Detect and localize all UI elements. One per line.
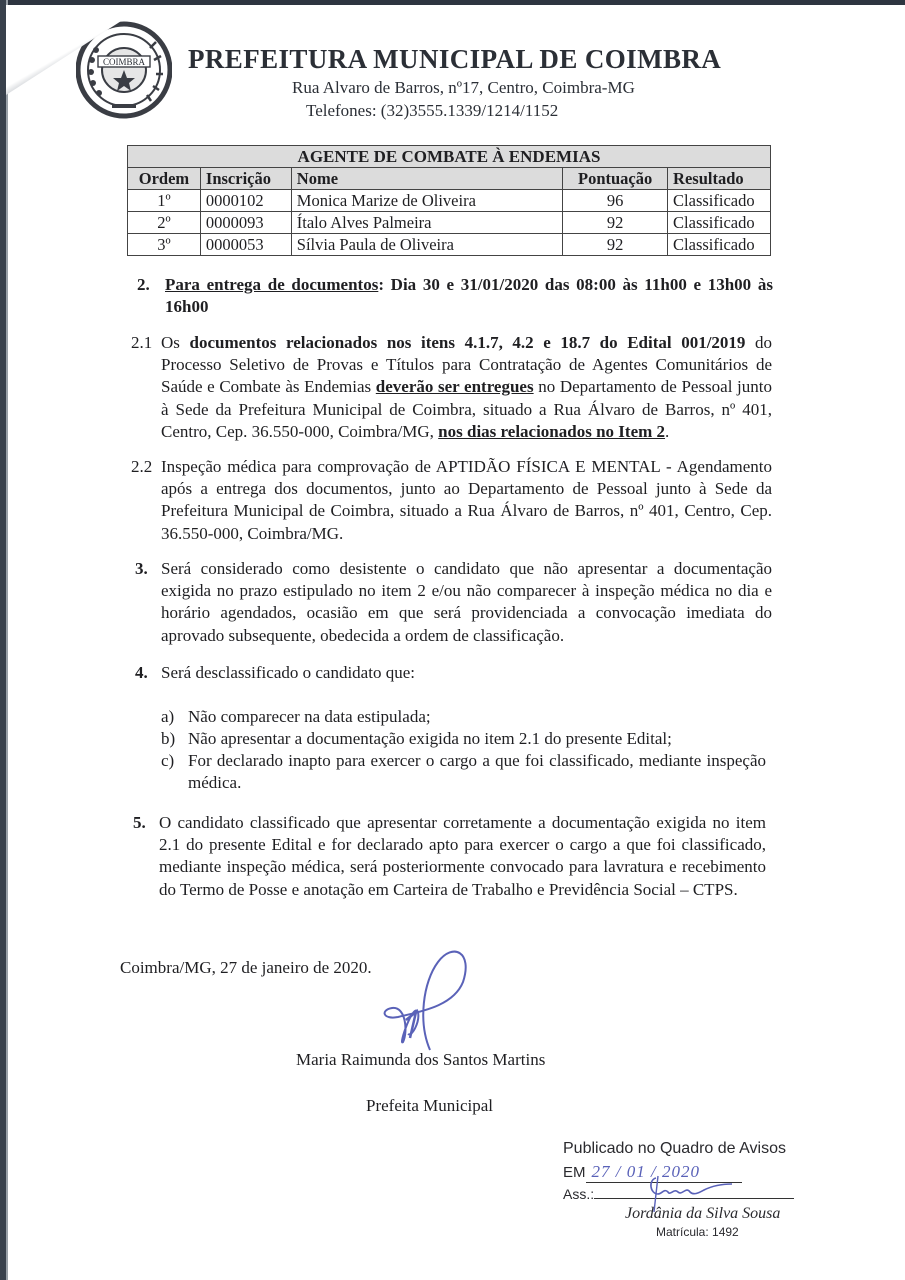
text-run-bold-underline: deverão ser entregues xyxy=(376,377,534,396)
table-row: 1º 0000102 Monica Marize de Oliveira 96 … xyxy=(128,190,771,212)
header-phones: Telefones: (32)3555.1339/1214/1152 xyxy=(306,101,558,121)
cell-inscricao: 0000053 xyxy=(200,234,291,256)
column-header-pontuacao: Pontuação xyxy=(563,168,668,190)
signer-name: Maria Raimunda dos Santos Martins xyxy=(296,1050,545,1070)
table-caption: AGENTE DE COMBATE À ENDEMIAS xyxy=(128,146,771,168)
scan-left-edge-shadow xyxy=(6,0,8,1280)
column-header-nome: Nome xyxy=(291,168,562,190)
section-2-label: Para entrega de documentos xyxy=(165,275,378,294)
place-and-date: Coimbra/MG, 27 de janeiro de 2020. xyxy=(120,958,372,978)
stamp-clerk-name: Jordânia da Silva Sousa xyxy=(625,1205,780,1223)
section-number: 2.1 xyxy=(131,332,152,354)
cell-resultado: Classificado xyxy=(668,190,771,212)
cell-pontuacao: 96 xyxy=(563,190,668,212)
column-header-ordem: Ordem xyxy=(128,168,201,190)
page-title: PREFEITURA MUNICIPAL DE COIMBRA xyxy=(188,44,721,75)
cell-nome: Ítalo Alves Palmeira xyxy=(291,212,562,234)
header-address: Rua Alvaro de Barros, nº17, Centro, Coim… xyxy=(292,78,635,98)
section-3-text: Será considerado como desistente o candi… xyxy=(161,558,772,647)
cell-ordem: 3º xyxy=(128,234,201,256)
column-header-inscricao: Inscrição xyxy=(200,168,291,190)
stamp-em-label: EM xyxy=(563,1164,586,1181)
results-table: AGENTE DE COMBATE À ENDEMIAS Ordem Inscr… xyxy=(127,145,771,256)
section-number: 5. xyxy=(133,812,146,834)
section-number: 3. xyxy=(135,558,148,580)
section-2-1-text: Os documentos relacionados nos itens 4.1… xyxy=(161,332,772,443)
section-4-text: Será desclassificado o candidato que: xyxy=(161,662,772,684)
cell-inscricao: 0000102 xyxy=(200,190,291,212)
cell-inscricao: 0000093 xyxy=(200,212,291,234)
table-row: 2º 0000093 Ítalo Alves Palmeira 92 Class… xyxy=(128,212,771,234)
cell-resultado: Classificado xyxy=(668,212,771,234)
text-run: . xyxy=(665,422,669,441)
list-item: Não apresentar a documentação exigida no… xyxy=(188,728,772,750)
table-row: 3º 0000053 Sílvia Paula de Oliveira 92 C… xyxy=(128,234,771,256)
cell-resultado: Classificado xyxy=(668,234,771,256)
stamp-title: Publicado no Quadro de Avisos xyxy=(563,1140,786,1158)
section-number: 2.2 xyxy=(131,456,152,478)
list-item: For declarado inapto para exercer o carg… xyxy=(188,750,766,794)
list-item-letter: a) xyxy=(161,706,174,728)
list-item: Não comparecer na data estipulada; xyxy=(188,706,772,728)
column-header-resultado: Resultado xyxy=(668,168,771,190)
list-item-letter: b) xyxy=(161,728,175,750)
cell-ordem: 1º xyxy=(128,190,201,212)
text-run-bold: documentos relacionados nos itens 4.1.7,… xyxy=(189,333,745,352)
signer-role: Prefeita Municipal xyxy=(366,1096,493,1116)
stamp-ass-label: Ass.: xyxy=(563,1186,594,1202)
text-run: Os xyxy=(161,333,189,352)
stamp-registration: Matrícula: 1492 xyxy=(656,1225,739,1239)
mayor-signature-icon xyxy=(368,942,478,1052)
list-item-letter: c) xyxy=(161,750,174,772)
section-number: 2. xyxy=(137,274,150,296)
section-number: 4. xyxy=(135,662,148,684)
scan-top-edge xyxy=(0,0,905,5)
text-run-bold-underline: nos dias relacionados no Item 2 xyxy=(438,422,665,441)
section-2-2-text: Inspeção médica para comprovação de APTI… xyxy=(161,456,772,545)
svg-text:COIMBRA: COIMBRA xyxy=(103,57,146,67)
cell-nome: Sílvia Paula de Oliveira xyxy=(291,234,562,256)
cell-pontuacao: 92 xyxy=(563,212,668,234)
section-2-text: Para entrega de documentos: Dia 30 e 31/… xyxy=(165,274,773,318)
cell-pontuacao: 92 xyxy=(563,234,668,256)
section-5-text: O candidato classificado que apresentar … xyxy=(159,812,766,901)
cell-nome: Monica Marize de Oliveira xyxy=(291,190,562,212)
cell-ordem: 2º xyxy=(128,212,201,234)
